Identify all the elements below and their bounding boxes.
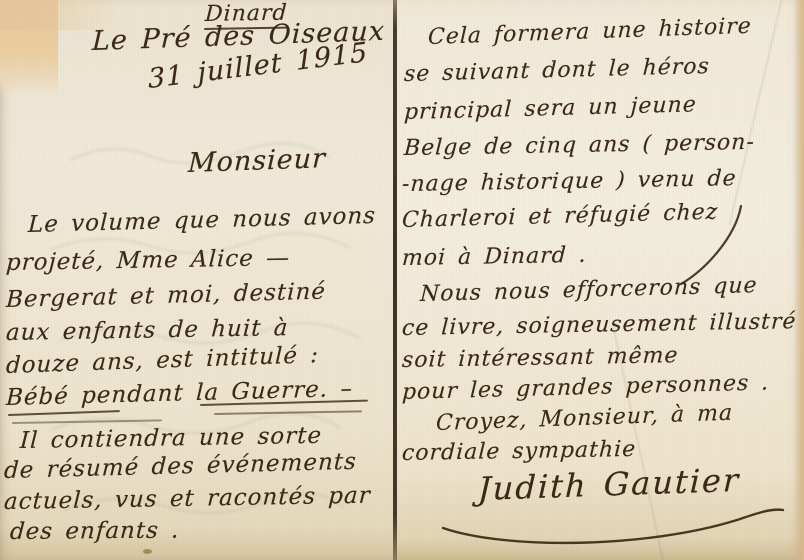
- letter-line: se suivant dont le héros: [403, 54, 710, 87]
- letter-line: moi à Dinard .: [401, 243, 587, 271]
- letter-line: actuels, vus et racontés par: [3, 483, 371, 515]
- letter-line: projeté, Mme Alice —: [5, 245, 291, 276]
- letter-line: -nage historique ) venu de: [401, 166, 737, 197]
- letter-line: Croyez, Monsieur, à ma: [436, 401, 734, 436]
- letter-line: Bergerat et moi, destiné: [5, 279, 326, 313]
- letter-line: cordiale sympathie: [401, 437, 636, 466]
- letter-line: de résumé des événements: [3, 449, 357, 484]
- letter-line: principal sera un jeune: [403, 92, 697, 125]
- letter-page-left: Dinard Le Pré des Oiseaux 31 juillet 191…: [0, 0, 394, 560]
- emphasis-underline: [12, 419, 162, 424]
- signature-flourish: [437, 498, 789, 554]
- letter-page-right: Cela formera une histoire se suivant don…: [397, 0, 804, 560]
- aged-edge-right: [793, 0, 804, 560]
- letter-line: pour les grandes personnes .: [401, 370, 769, 405]
- letter-line: Il contiendra une sorte: [19, 423, 322, 454]
- letter-line: Belge de cinq ans ( person-: [403, 130, 755, 161]
- letter-line: soit intéressant même: [401, 343, 679, 373]
- emphasis-underline: [214, 410, 362, 415]
- salutation: Monsieur: [187, 143, 326, 179]
- letter-line: Le volume que nous avons: [27, 203, 376, 238]
- letter-line: Cela formera une histoire: [428, 14, 753, 50]
- letter-line: aux enfants de huit à: [5, 315, 289, 346]
- letter-line-title: Bébé pendant la Guerre. –: [5, 376, 353, 411]
- emphasis-underline: [8, 410, 120, 416]
- letter-scan: Dinard Le Pré des Oiseaux 31 juillet 191…: [0, 0, 804, 560]
- letter-line: des enfants .: [9, 518, 180, 545]
- pen-tail-flourish: [659, 200, 759, 300]
- letter-line: ce livre, soigneusement illustré: [401, 309, 797, 341]
- letter-line: douze ans, est intitulé :: [6, 342, 320, 379]
- paper-speck: [143, 549, 152, 554]
